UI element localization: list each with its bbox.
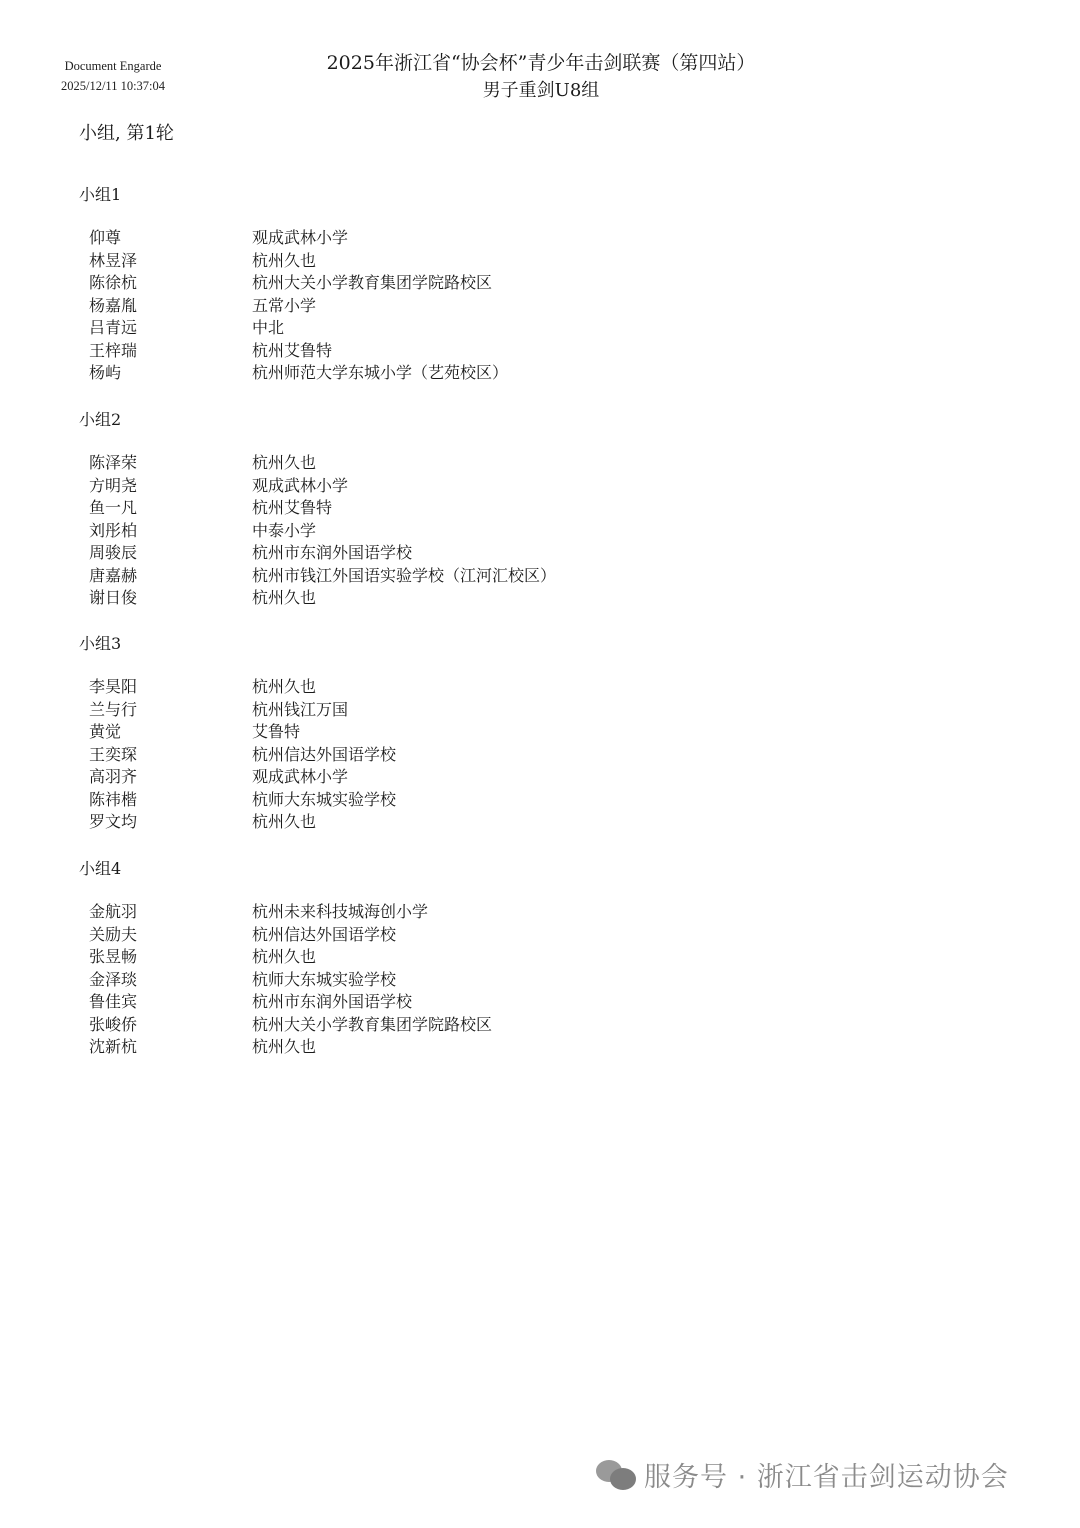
fencer-club: 杭师大东城实验学校 — [252, 969, 396, 991]
fencer-club: 杭州信达外国语学校 — [252, 924, 396, 946]
fencer-name: 周骏辰 — [89, 543, 137, 562]
fencer-name: 王奕琛 — [89, 745, 137, 764]
fencer-club: 观成武林小学 — [252, 475, 348, 497]
fencer-club: 杭州市东润外国语学校 — [252, 991, 412, 1013]
fencer-row: 杨嘉胤五常小学 — [89, 295, 137, 317]
watermark: 服务号 · 浙江省击剑运动协会 — [596, 1455, 1009, 1494]
fencer-row: 张峻侨杭州大关小学教育集团学院路校区 — [89, 1014, 137, 1036]
fencer-club: 艾鲁特 — [252, 721, 300, 743]
wechat-icon — [596, 1458, 638, 1492]
watermark-text: 服务号 · 浙江省击剑运动协会 — [644, 1455, 1009, 1494]
fencer-row: 罗文均杭州久也 — [89, 811, 137, 833]
competition-title: 2025年浙江省“协会杯”青少年击剑联赛（第四站） — [2, 50, 1080, 77]
fencer-club: 杭州久也 — [252, 811, 316, 833]
fencer-row: 仰尊观成武林小学 — [89, 227, 121, 249]
fencer-name: 李昊阳 — [89, 677, 137, 696]
fencer-name: 张峻侨 — [89, 1015, 137, 1034]
fencer-club: 杭州市钱江外国语实验学校（江河汇校区） — [252, 565, 556, 587]
fencer-row: 方明尧观成武林小学 — [89, 475, 137, 497]
fencer-name: 方明尧 — [89, 476, 137, 495]
fencer-club: 观成武林小学 — [252, 766, 348, 788]
pool-title: 小组2 — [79, 407, 121, 430]
fencer-name: 唐嘉赫 — [89, 566, 137, 585]
fencer-name: 仰尊 — [89, 228, 121, 247]
fencer-row: 陈泽荣杭州久也 — [89, 452, 137, 474]
event-subtitle: 男子重剑U8组 — [2, 77, 1080, 104]
fencer-club: 杭州艾鲁特 — [252, 497, 332, 519]
fencer-row: 黄觉艾鲁特 — [89, 721, 121, 743]
fencer-name: 陈祎楷 — [89, 790, 137, 809]
fencer-club: 杭州大关小学教育集团学院路校区 — [252, 1014, 492, 1036]
fencer-row: 刘彤柏中泰小学 — [89, 520, 137, 542]
fencer-club: 杭州市东润外国语学校 — [252, 542, 412, 564]
fencer-row: 王奕琛杭州信达外国语学校 — [89, 744, 137, 766]
fencer-name: 黄觉 — [89, 722, 121, 741]
fencer-name: 陈泽荣 — [89, 453, 137, 472]
fencer-club: 杭州久也 — [252, 946, 316, 968]
fencer-club: 五常小学 — [252, 295, 316, 317]
fencer-name: 杨嘉胤 — [89, 296, 137, 315]
pool-title: 小组3 — [79, 631, 121, 654]
fencer-club: 杭州艾鲁特 — [252, 340, 332, 362]
pool-title: 小组1 — [79, 182, 121, 205]
fencer-row: 高羽齐观成武林小学 — [89, 766, 137, 788]
fencer-row: 金泽琰杭师大东城实验学校 — [89, 969, 137, 991]
fencer-name: 谢日俊 — [89, 588, 137, 607]
round-label: 小组, 第1轮 — [79, 119, 174, 145]
fencer-row: 张昱畅杭州久也 — [89, 946, 137, 968]
fencer-row: 鱼一凡杭州艾鲁特 — [89, 497, 137, 519]
fencer-club: 杭州久也 — [252, 250, 316, 272]
fencer-club: 杭州久也 — [252, 676, 316, 698]
fencer-club: 中北 — [252, 317, 284, 339]
fencer-club: 杭州大关小学教育集团学院路校区 — [252, 272, 492, 294]
fencer-row: 兰与行杭州钱江万国 — [89, 699, 137, 721]
fencer-name: 刘彤柏 — [89, 521, 137, 540]
fencer-club: 杭州师范大学东城小学（艺苑校区） — [252, 362, 508, 384]
fencer-name: 高羽齐 — [89, 767, 137, 786]
fencer-name: 陈徐杭 — [89, 273, 137, 292]
fencer-name: 罗文均 — [89, 812, 137, 831]
fencer-name: 鲁佳宾 — [89, 992, 137, 1011]
fencer-row: 林昱泽杭州久也 — [89, 250, 137, 272]
fencer-name: 王梓瑞 — [89, 341, 137, 360]
fencer-name: 关励夫 — [89, 925, 137, 944]
fencer-club: 杭州未来科技城海创小学 — [252, 901, 428, 923]
pool-title: 小组4 — [79, 856, 121, 879]
fencer-club: 杭州久也 — [252, 1036, 316, 1058]
fencer-name: 张昱畅 — [89, 947, 137, 966]
fencer-row: 陈祎楷杭师大东城实验学校 — [89, 789, 137, 811]
fencer-row: 李昊阳杭州久也 — [89, 676, 137, 698]
fencer-name: 金航羽 — [89, 902, 137, 921]
fencer-name: 兰与行 — [89, 700, 137, 719]
fencer-club: 中泰小学 — [252, 520, 316, 542]
fencer-row: 陈徐杭杭州大关小学教育集团学院路校区 — [89, 272, 137, 294]
fencer-row: 周骏辰杭州市东润外国语学校 — [89, 542, 137, 564]
fencer-row: 吕青远中北 — [89, 317, 137, 339]
document-title: 2025年浙江省“协会杯”青少年击剑联赛（第四站） 男子重剑U8组 — [0, 50, 1080, 104]
fencer-row: 关励夫杭州信达外国语学校 — [89, 924, 137, 946]
fencer-row: 金航羽杭州未来科技城海创小学 — [89, 901, 137, 923]
fencer-row: 杨屿杭州师范大学东城小学（艺苑校区） — [89, 362, 121, 384]
fencer-name: 吕青远 — [89, 318, 137, 337]
fencer-row: 谢日俊杭州久也 — [89, 587, 137, 609]
fencer-row: 唐嘉赫杭州市钱江外国语实验学校（江河汇校区） — [89, 565, 137, 587]
fencer-row: 沈新杭杭州久也 — [89, 1036, 137, 1058]
fencer-name: 杨屿 — [89, 363, 121, 382]
fencer-club: 杭州久也 — [252, 452, 316, 474]
fencer-row: 鲁佳宾杭州市东润外国语学校 — [89, 991, 137, 1013]
fencer-club: 观成武林小学 — [252, 227, 348, 249]
fencer-club: 杭州信达外国语学校 — [252, 744, 396, 766]
fencer-club: 杭州久也 — [252, 587, 316, 609]
fencer-row: 王梓瑞杭州艾鲁特 — [89, 340, 137, 362]
fencer-name: 林昱泽 — [89, 251, 137, 270]
fencer-name: 鱼一凡 — [89, 498, 137, 517]
fencer-name: 金泽琰 — [89, 970, 137, 989]
fencer-name: 沈新杭 — [89, 1037, 137, 1056]
fencer-club: 杭州钱江万国 — [252, 699, 348, 721]
fencer-club: 杭师大东城实验学校 — [252, 789, 396, 811]
